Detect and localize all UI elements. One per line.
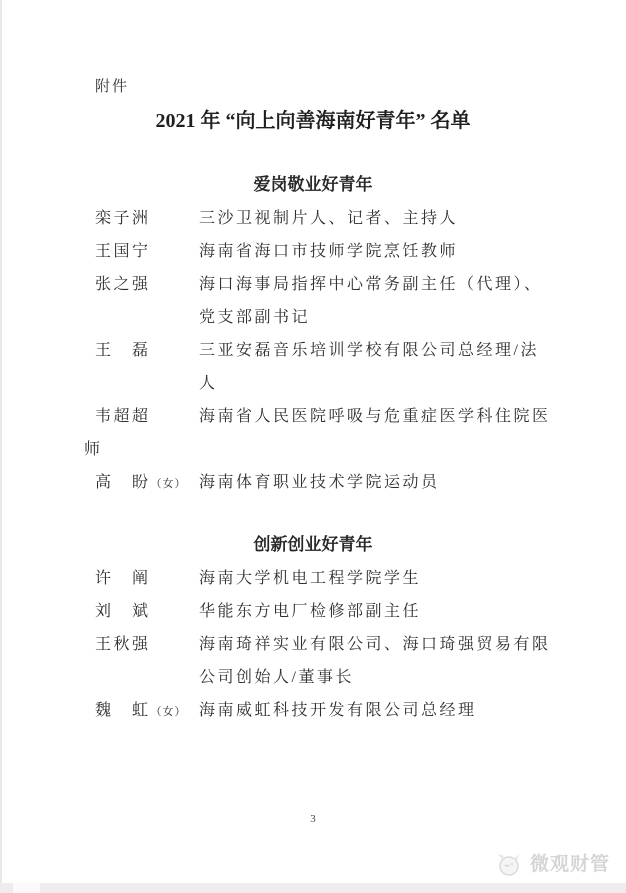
entry-row: 刘 斌华能东方电厂检修部副主任 <box>0 595 626 628</box>
entry-description-line: 公司创始人/董事长 <box>199 661 354 694</box>
bottom-strip-segment <box>13 883 40 893</box>
entry-description-line: 三沙卫视制片人、记者、主持人 <box>199 202 458 235</box>
page-number: 3 <box>0 813 626 826</box>
entry-row: 魏 虹（女）海南威虹科技开发有限公司总经理 <box>0 694 626 727</box>
mascot-logo-icon <box>493 851 523 879</box>
entry-description-line: 党支部副书记 <box>199 301 310 334</box>
entry-name: 王 磊 <box>95 334 199 367</box>
entry-row: 高 盼（女）海南体育职业技术学院运动员 <box>0 466 626 499</box>
entry-description-line: 海南省海口市技师学院烹饪教师 <box>199 235 458 268</box>
entry-list: 许 阐海南大学机电工程学院学生刘 斌华能东方电厂检修部副主任王秋强海南琦祥实业有… <box>0 562 626 727</box>
entry-description-overflow: 师 <box>84 433 103 466</box>
entry-name <box>95 301 199 334</box>
entry-description-line: 海南体育职业技术学院运动员 <box>199 466 440 499</box>
entry-name <box>95 367 199 400</box>
entry-name: 栾子洲 <box>95 202 199 235</box>
entry-list: 栾子洲三沙卫视制片人、记者、主持人王国宁海南省海口市技师学院烹饪教师张之强海口海… <box>0 202 626 499</box>
entry-row: 张之强海口海事局指挥中心常务副主任（代理）、 <box>0 268 626 301</box>
entry-row-continuation: 人 <box>0 367 626 400</box>
entry-row: 栾子洲三沙卫视制片人、记者、主持人 <box>0 202 626 235</box>
entry-row: 王国宁海南省海口市技师学院烹饪教师 <box>0 235 626 268</box>
entry-name: 刘 斌 <box>95 595 199 628</box>
entry-row: 王秋强海南琦祥实业有限公司、海口琦强贸易有限 <box>0 628 626 661</box>
document-page: 附件 2021 年 “向上向善海南好青年” 名单 爱岗敬业好青年栾子洲三沙卫视制… <box>0 0 626 893</box>
entry-description-line: 海南威虹科技开发有限公司总经理 <box>199 694 477 727</box>
sections-container: 爱岗敬业好青年栾子洲三沙卫视制片人、记者、主持人王国宁海南省海口市技师学院烹饪教… <box>0 175 626 727</box>
entry-name: 张之强 <box>95 268 199 301</box>
entry-name: 王国宁 <box>95 235 199 268</box>
watermark-text: 微观财管 <box>530 852 610 878</box>
entry-description-line: 三亚安磊音乐培训学校有限公司总经理/法 <box>199 334 539 367</box>
watermark: 微观财管 <box>493 851 610 879</box>
entry-description-line: 海南省人民医院呼吸与危重症医学科住院医 <box>199 400 551 433</box>
entry-description-line: 海口海事局指挥中心常务副主任（代理）、 <box>199 268 543 301</box>
section-header: 创新创业好青年 <box>0 535 626 555</box>
entry-name: 王秋强 <box>95 628 199 661</box>
entry-name: 许 阐 <box>95 562 199 595</box>
entry-name: 魏 虹（女） <box>95 694 199 727</box>
entry-name: 高 盼（女） <box>95 466 199 499</box>
section-header: 爱岗敬业好青年 <box>0 175 626 195</box>
entry-row-continuation: 党支部副书记 <box>0 301 626 334</box>
page-left-edge <box>0 0 2 893</box>
entry-row: 韦超超海南省人民医院呼吸与危重症医学科住院医 <box>0 400 626 433</box>
gender-suffix: （女） <box>151 478 187 490</box>
entry-row: 许 阐海南大学机电工程学院学生 <box>0 562 626 595</box>
entry-description-line: 海南琦祥实业有限公司、海口琦强贸易有限 <box>199 628 551 661</box>
attachment-label: 附件 <box>95 80 626 95</box>
bottom-strip <box>0 883 626 893</box>
entry-row-continuation: 公司创始人/董事长 <box>0 661 626 694</box>
document-title: 2021 年 “向上向善海南好青年” 名单 <box>0 108 626 134</box>
entry-description-line: 海南大学机电工程学院学生 <box>199 562 421 595</box>
entry-description-line: 人 <box>199 367 218 400</box>
entry-row-margin-overflow: 师 <box>0 433 626 466</box>
entry-name: 韦超超 <box>95 400 199 433</box>
entry-description-line: 华能东方电厂检修部副主任 <box>199 595 421 628</box>
gender-suffix: （女） <box>151 706 187 718</box>
entry-name <box>95 661 199 694</box>
entry-row: 王 磊三亚安磊音乐培训学校有限公司总经理/法 <box>0 334 626 367</box>
